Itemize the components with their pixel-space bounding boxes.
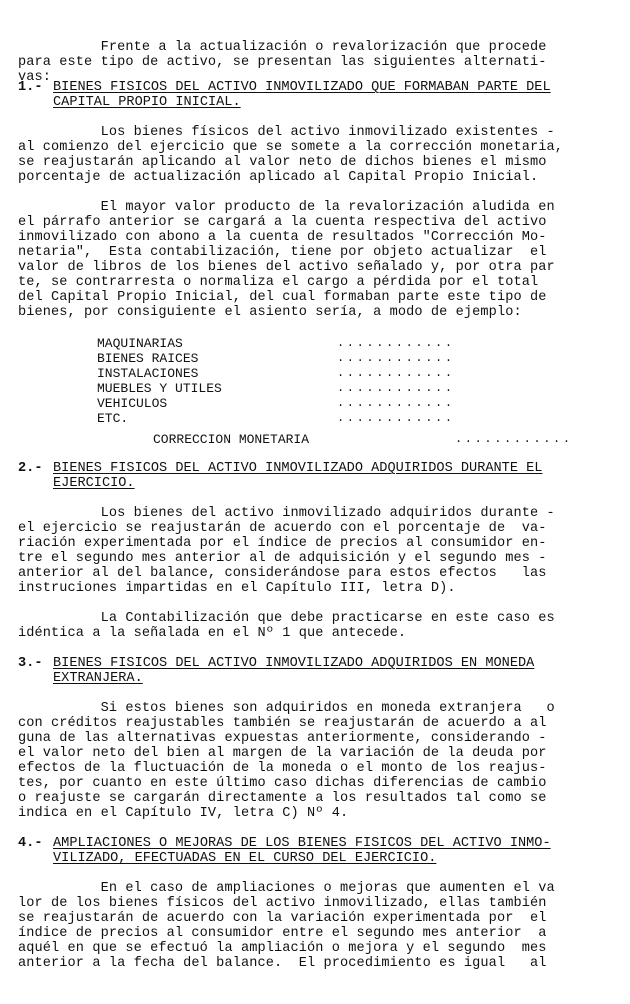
ledger-credit-label: CORRECCION MONETARIA bbox=[153, 432, 309, 447]
text-line: instruciones impartidas en el Capítulo I… bbox=[18, 581, 608, 596]
section-title: AMPLIACIONES O MEJORAS DE LOS BIENES FIS… bbox=[53, 836, 551, 851]
ledger-debit-label: VEHICULOS bbox=[97, 396, 167, 411]
text-line: el párrafo anterior se cargará a la cuen… bbox=[18, 215, 608, 230]
section-title: CAPITAL PROPIO INICIAL. bbox=[53, 95, 241, 110]
text-line: El mayor valor producto de la revaloriza… bbox=[18, 200, 608, 215]
text-line: bienes, por consiguiente el asiento serí… bbox=[18, 305, 608, 320]
ledger-debit-label: MUEBLES Y UTILES bbox=[97, 381, 222, 396]
section-number: 2.- bbox=[18, 461, 42, 476]
section-title: BIENES FISICOS DEL ACTIVO INMOVILIZADO A… bbox=[53, 656, 534, 671]
text-line: el ejercicio se reajustarán de acuerdo c… bbox=[18, 521, 608, 536]
section-title: VILIZADO, EFECTUADAS EN EL CURSO DEL EJE… bbox=[53, 851, 436, 866]
typewritten-page: Frente a la actualización o revalorizaci… bbox=[0, 0, 630, 1004]
section-title: EJERCICIO. bbox=[53, 476, 135, 491]
text-line: se reajustarán de acuerdo con la variaci… bbox=[18, 911, 608, 926]
ledger-debit-amount: ............ bbox=[337, 351, 455, 366]
text-line: o reajuste se cargarán directamente a lo… bbox=[18, 791, 608, 806]
section-title: EXTRANJERA. bbox=[53, 671, 143, 686]
ledger-debit-label: BIENES RAICES bbox=[97, 351, 198, 366]
text-line: al comienzo del ejercicio que se somete … bbox=[18, 140, 608, 155]
text-line: En el caso de ampliaciones o mejoras que… bbox=[18, 881, 608, 896]
text-line: guna de las alternativas expuestas anter… bbox=[18, 731, 608, 746]
text-line: te, se contrarresta o normaliza el cargo… bbox=[18, 275, 608, 290]
section-number: 4.- bbox=[18, 836, 42, 851]
text-line: riación experimentada por el índice de p… bbox=[18, 536, 608, 551]
text-line: Los bienes físicos del activo inmoviliza… bbox=[18, 125, 608, 140]
ledger-debit-amount: ............ bbox=[337, 381, 455, 396]
ledger-debit-amount: ............ bbox=[337, 396, 455, 411]
text-line: valor de libros de los bienes del activo… bbox=[18, 260, 608, 275]
section-number: 1.- bbox=[18, 80, 42, 95]
text-line: lor de los bienes físicos del activo inm… bbox=[18, 896, 608, 911]
ledger-credit-amount: ............ bbox=[455, 432, 573, 447]
ledger-debit-label: INSTALACIONES bbox=[97, 366, 198, 381]
text-line: se reajustarán aplicando al valor neto d… bbox=[18, 155, 608, 170]
ledger-debit-amount: ............ bbox=[337, 336, 455, 351]
text-line: del Capital Propio Inicial, del cual for… bbox=[18, 290, 608, 305]
section-number: 3.- bbox=[18, 656, 42, 671]
ledger-debit-amount: ............ bbox=[337, 366, 455, 381]
ledger-debit-label: ETC. bbox=[97, 411, 128, 426]
text-line: Si estos bienes son adquiridos en moneda… bbox=[18, 701, 608, 716]
text-line: con créditos reajustables también se rea… bbox=[18, 716, 608, 731]
text-line: porcentaje de actualización aplicado al … bbox=[18, 170, 608, 185]
text-line: índice de precios al consumidor entre el… bbox=[18, 926, 608, 941]
text-line: La Contabilización que debe practicarse … bbox=[18, 611, 608, 626]
section-title: BIENES FISICOS DEL ACTIVO INMOVILIZADO Q… bbox=[53, 80, 551, 95]
ledger-debit-amount: ............ bbox=[337, 411, 455, 426]
text-line: aquél en que se efectuó la ampliación o … bbox=[18, 941, 608, 956]
text-line: indica en el Capítulo IV, letra C) Nº 4. bbox=[18, 806, 608, 821]
text-line: anterior a la fecha del balance. El proc… bbox=[18, 956, 608, 971]
text-line: tre el segundo mes anterior al de adquis… bbox=[18, 551, 608, 566]
text-line: para este tipo de activo, se presentan l… bbox=[18, 55, 608, 70]
ledger-debit-label: MAQUINARIAS bbox=[97, 336, 183, 351]
section-title: BIENES FISICOS DEL ACTIVO INMOVILIZADO A… bbox=[53, 461, 542, 476]
text-line: efectos de la fluctuación de la moneda o… bbox=[18, 761, 608, 776]
text-line: anterior al del balance, considerándose … bbox=[18, 566, 608, 581]
text-line: tes, por cuanto en este último caso dich… bbox=[18, 776, 608, 791]
text-line: netaria", Esta contabilización, tiene po… bbox=[18, 245, 608, 260]
text-line: inmovilizado con abono a la cuenta de re… bbox=[18, 230, 608, 245]
text-line: el valor neto del bien al margen de la v… bbox=[18, 746, 608, 761]
text-line: Los bienes del activo inmovilizado adqui… bbox=[18, 506, 608, 521]
text-line: Frente a la actualización o revalorizaci… bbox=[18, 40, 608, 55]
text-line: idéntica a la señalada en el Nº 1 que an… bbox=[18, 626, 608, 641]
